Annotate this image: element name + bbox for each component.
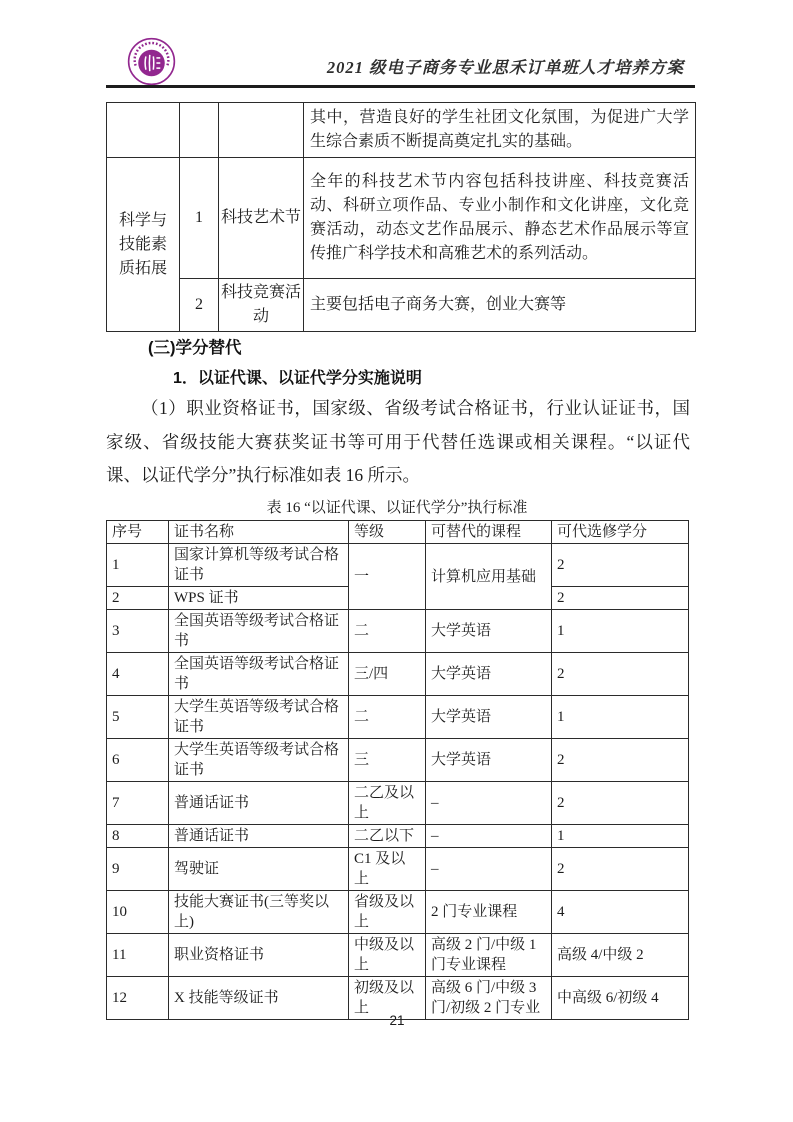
cell-name: 驾驶证 (169, 848, 349, 891)
cell-no: 3 (107, 610, 169, 653)
cell-name: 技能大赛证书(三等奖以上) (169, 891, 349, 934)
table-row: 9 驾驶证 C1 及以上 – 2 (107, 848, 689, 891)
cell-name: 普通话证书 (169, 782, 349, 825)
cell-name: 全国英语等级考试合格证书 (169, 610, 349, 653)
section-heading: (三)学分替代 (148, 334, 242, 358)
table16-caption: 表 16 “以证代课、以证代学分”执行标准 (106, 496, 688, 517)
table-header-row: 序号 证书名称 等级 可替代的课程 可代选修学分 (107, 521, 689, 544)
cell-no: 10 (107, 891, 169, 934)
table-row: 8 普通话证书 二乙以下 – 1 (107, 825, 689, 848)
credit-substitution-table: 序号 证书名称 等级 可替代的课程 可代选修学分 1 国家计算机等级考试合格证书… (106, 520, 689, 1020)
cell-course: 大学英语 (426, 696, 552, 739)
cell-grade: 二 (349, 610, 426, 653)
cell-name: 普通话证书 (169, 825, 349, 848)
table-row: 2 科技竞赛活动 主要包括电子商务大赛，创业大赛等 (107, 279, 696, 332)
document-page: 2021 级电子商务专业思禾订单班人才培养方案 其中，营造良好的学生社团文化氛围… (0, 0, 793, 1122)
cell-no: 5 (107, 696, 169, 739)
cell-credits: 2 (552, 587, 689, 610)
cell-name: 大学生英语等级考试合格证书 (169, 696, 349, 739)
cell-grade: 三/四 (349, 653, 426, 696)
cell-name: WPS 证书 (169, 587, 349, 610)
cell-course: – (426, 825, 552, 848)
cell-credits: 1 (552, 825, 689, 848)
cell-grade: 一 (349, 544, 426, 610)
cell-grade: 二乙以下 (349, 825, 426, 848)
cell-course: 2 门专业课程 (426, 891, 552, 934)
cell-num: 2 (180, 279, 219, 332)
cell-name: 全国英语等级考试合格证书 (169, 653, 349, 696)
cell-activity-content: 全年的科技艺术节内容包括科技讲座、科技竞赛活动、科研立项作品、专业小制作和文化讲… (304, 158, 696, 279)
cell-credits: 2 (552, 848, 689, 891)
table-row: 1 国家计算机等级考试合格证书 一 计算机应用基础 2 (107, 544, 689, 587)
table-row: 科学与技能素质拓展 1 科技艺术节 全年的科技艺术节内容包括科技讲座、科技竞赛活… (107, 158, 696, 279)
cell-grade: 三 (349, 739, 426, 782)
column-header-credits: 可代选修学分 (552, 521, 689, 544)
table-row: 6 大学生英语等级考试合格证书 三 大学英语 2 (107, 739, 689, 782)
cell-activity-name: 科技竞赛活动 (219, 279, 304, 332)
cell-name: 职业资格证书 (169, 934, 349, 977)
table-row: 5 大学生英语等级考试合格证书 二 大学英语 1 (107, 696, 689, 739)
subsection-heading: 1．以证代课、以证代学分实施说明 (173, 365, 422, 388)
activity-table: 其中，营造良好的学生社团文化氛围，为促进广大学生综合素质不断提高奠定扎实的基础。… (106, 102, 696, 332)
cell-course: – (426, 848, 552, 891)
cell-course: 高级 2 门/中级 1 门专业课程 (426, 934, 552, 977)
cell-course: 计算机应用基础 (426, 544, 552, 610)
cell-category (107, 103, 180, 158)
cell-activity-content: 主要包括电子商务大赛，创业大赛等 (304, 279, 696, 332)
cell-name: 国家计算机等级考试合格证书 (169, 544, 349, 587)
cell-credits: 2 (552, 782, 689, 825)
table-row: 4 全国英语等级考试合格证书 三/四 大学英语 2 (107, 653, 689, 696)
cell-grade: 省级及以上 (349, 891, 426, 934)
column-header-name: 证书名称 (169, 521, 349, 544)
cell-category: 科学与技能素质拓展 (107, 158, 180, 332)
cell-no: 6 (107, 739, 169, 782)
cell-grade: C1 及以上 (349, 848, 426, 891)
cell-course: 大学英语 (426, 653, 552, 696)
cell-credits: 高级 4/中级 2 (552, 934, 689, 977)
cell-no: 2 (107, 587, 169, 610)
cell-num: 1 (180, 158, 219, 279)
column-header-course: 可替代的课程 (426, 521, 552, 544)
header-divider (106, 85, 695, 88)
column-header-grade: 等级 (349, 521, 426, 544)
cell-no: 1 (107, 544, 169, 587)
cell-credits: 2 (552, 544, 689, 587)
cell-credits: 2 (552, 739, 689, 782)
table-row: 11 职业资格证书 中级及以上 高级 2 门/中级 1 门专业课程 高级 4/中… (107, 934, 689, 977)
column-header-no: 序号 (107, 521, 169, 544)
cell-activity-name: 科技艺术节 (219, 158, 304, 279)
cell-no: 7 (107, 782, 169, 825)
cell-credits: 1 (552, 696, 689, 739)
cell-name: 大学生英语等级考试合格证书 (169, 739, 349, 782)
cell-no: 9 (107, 848, 169, 891)
cell-no: 11 (107, 934, 169, 977)
cell-grade: 二乙及以上 (349, 782, 426, 825)
cell-credits: 4 (552, 891, 689, 934)
cell-grade: 中级及以上 (349, 934, 426, 977)
cell-no: 4 (107, 653, 169, 696)
cell-activity-name (219, 103, 304, 158)
cell-credits: 1 (552, 610, 689, 653)
table-row: 3 全国英语等级考试合格证书 二 大学英语 1 (107, 610, 689, 653)
page-number: 21 (106, 1013, 688, 1028)
cell-activity-content: 其中，营造良好的学生社团文化氛围，为促进广大学生综合素质不断提高奠定扎实的基础。 (304, 103, 696, 158)
body-paragraph: （1）职业资格证书，国家级、省级考试合格证书，行业认证证书，国家级、省级技能大赛… (106, 392, 690, 493)
document-title: 2021 级电子商务专业思禾订单班人才培养方案 (106, 54, 684, 78)
cell-course: – (426, 782, 552, 825)
cell-credits: 2 (552, 653, 689, 696)
cell-course: 大学英语 (426, 739, 552, 782)
table-row: 7 普通话证书 二乙及以上 – 2 (107, 782, 689, 825)
cell-num (180, 103, 219, 158)
table-row: 其中，营造良好的学生社团文化氛围，为促进广大学生综合素质不断提高奠定扎实的基础。 (107, 103, 696, 158)
cell-grade: 二 (349, 696, 426, 739)
table-row: 10 技能大赛证书(三等奖以上) 省级及以上 2 门专业课程 4 (107, 891, 689, 934)
cell-course: 大学英语 (426, 610, 552, 653)
cell-no: 8 (107, 825, 169, 848)
